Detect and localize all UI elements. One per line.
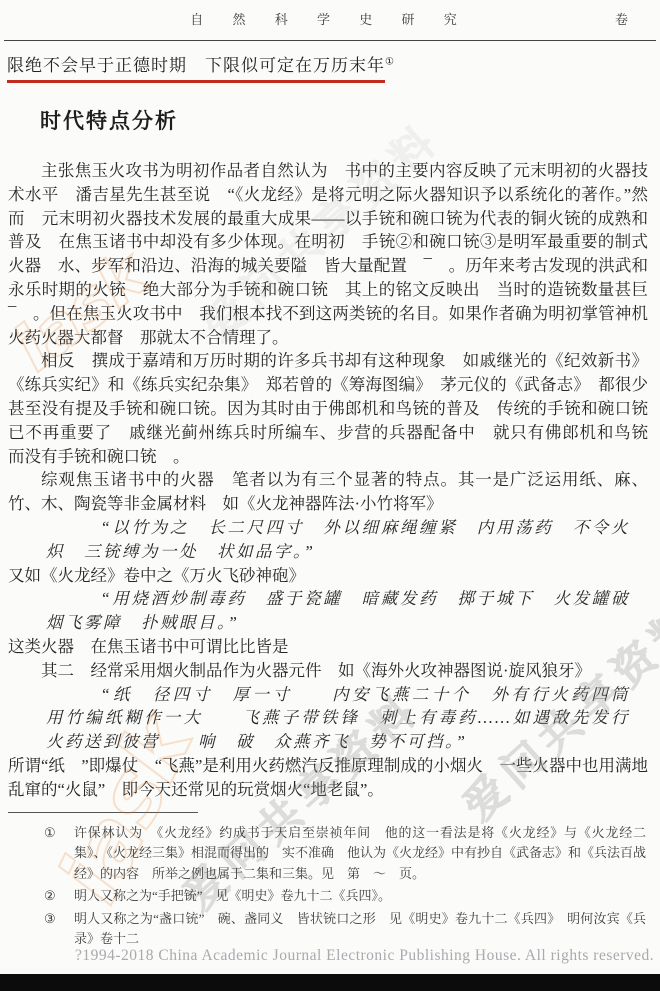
journal-title: 自 然 科 学 史 研 究: [0, 9, 660, 28]
footnote-text: 明人又称之为“盏口铳” 碗、盏同义 皆状铳口之形 见《明史》卷九十二《兵四》 明…: [74, 911, 646, 947]
footnote: ③ 明人又称之为“盏口铳” 碗、盏同义 皆状铳口之形 见《明史》卷九十二《兵四》…: [44, 909, 646, 950]
volume-label: 卷: [615, 9, 628, 28]
footnote: ① 许保林认为 《火龙经》约成书于天启至崇祯年间 他的这一看法是将《火龙经》与《…: [44, 823, 646, 885]
footnote: ② 明人又称之为“手把铳” 见《明史》卷九十二《兵四》。: [44, 886, 646, 907]
copyright-text: ?1994-2018 China Academic Journal Electr…: [75, 947, 654, 964]
block-quote: “纸 径四寸 厚一寸 内安飞燕二十个 外有行火药四筒 用竹编纸糊作一大 飞燕子带…: [46, 683, 630, 754]
paragraph: 其二 经常采用烟火制品作为火器元件 如《海外火攻神器图说·旋风狼牙》: [8, 659, 648, 683]
footnote-text: 明人又称之为“手把铳” 见《明史》卷九十二《兵四》。: [74, 888, 391, 903]
paragraph: 主张焦玉火攻书为明初作品者自然认为 书中的主要内容反映了元末明初的火器技术水平 …: [8, 159, 648, 349]
header-rule: [4, 40, 656, 41]
paragraph: 所谓“纸 ”即爆仗 “飞燕”是利用火药燃汽反推原理制成的小烟火 一些火器中也用满…: [8, 754, 648, 802]
running-head: 自 然 科 学 史 研 究 卷: [0, 0, 660, 33]
footnote-divider: [8, 812, 198, 813]
paragraph: 又如《火龙经》卷中之《万火飞砂神砲》: [8, 564, 648, 588]
footnote-marker: ②: [44, 886, 56, 907]
highlighted-line: 限绝不会早于正德时期 下限似可定在万历末年①: [7, 54, 660, 83]
footnote-marker: ③: [44, 909, 56, 930]
section-heading: 时代特点分析: [40, 105, 660, 135]
footnote-marker: ①: [44, 823, 56, 844]
block-quote: “以竹为之 长二尺四寸 外以细麻绳缠紧 内用荡药 不令火炽 三铳缚为一处 状如品…: [46, 516, 630, 564]
body-text: 主张焦玉火攻书为明初作品者自然认为 书中的主要内容反映了元末明初的火器技术水平 …: [8, 159, 648, 802]
footnote-ref-1: ①: [385, 56, 394, 67]
footnote-text: 许保林认为 《火龙经》约成书于天启至崇祯年间 他的这一看法是将《火龙经》与《火龙…: [74, 825, 646, 881]
red-underlined-text: 限绝不会早于正德时期 下限似可定在万历末年: [7, 54, 385, 83]
copyright-line: ?1994-2018 China Academic Journal Electr…: [75, 947, 660, 965]
paragraph: 相反 撰成于嘉靖和万历时期的许多兵书却有这种现象 如戚继光的《纪效新书》《练兵实…: [8, 349, 648, 468]
footnotes: ① 许保林认为 《火龙经》约成书于天启至崇祯年间 他的这一看法是将《火龙经》与《…: [44, 823, 646, 950]
journal-page-scan: 爱问共享资料 爱问共享资料 爱问共享资料 iask iask 自 然 科 学 史…: [0, 0, 660, 991]
paragraph: 综观焦玉诸书中的火器 笔者以为有三个显著的特点。其一是广泛运用纸、麻、竹、木、陶…: [8, 468, 648, 516]
block-quote: “用烧酒炒制毒药 盛于瓷罐 暗藏发药 掷于城下 火发罐破 烟飞雾障 扑贼眼目。”: [46, 587, 630, 635]
scan-edge-bar: [0, 974, 660, 991]
paragraph: 这类火器 在焦玉诸书中可谓比比皆是: [8, 635, 648, 659]
